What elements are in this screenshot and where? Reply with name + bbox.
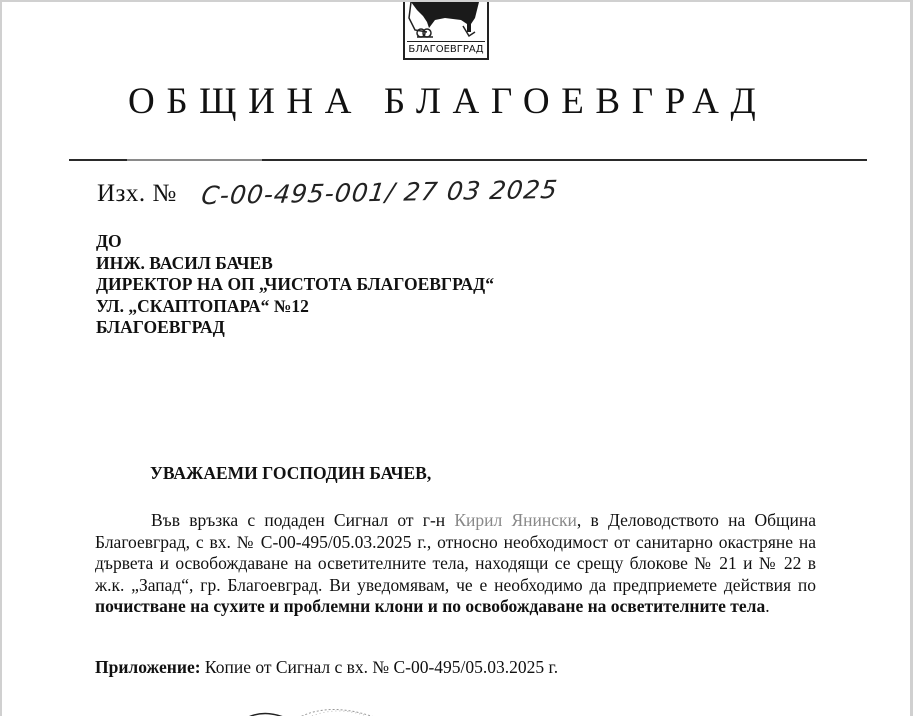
recipient-line: БЛАГОЕВГРАД bbox=[96, 317, 494, 339]
outgoing-number-label: Изх. № bbox=[97, 180, 177, 208]
recipient-line: ИНЖ. ВАСИЛ БАЧЕВ bbox=[96, 253, 494, 275]
body-text-end: . bbox=[765, 596, 769, 616]
attachment-label: Приложение: bbox=[95, 657, 201, 677]
coat-of-arms-icon: БЛАГОЕВГРАД bbox=[403, 2, 489, 60]
header-divider-faded-segment bbox=[127, 159, 262, 161]
body-text-bold: почистване на сухите и проблемни клони и… bbox=[95, 596, 765, 616]
recipient-line: ДИРЕКТОР НА ОП „ЧИСТОТА БЛАГОЕВГРАД“ bbox=[96, 274, 494, 296]
body-text-part: Във връзка с подаден Сигнал от г-н bbox=[151, 510, 454, 530]
letter-body: Във връзка с подаден Сигнал от г-н Кирил… bbox=[95, 510, 816, 618]
recipient-line: УЛ. „СКАПТОПАРА“ №12 bbox=[96, 296, 494, 318]
attachment-line: Приложение: Копие от Сигнал с вх. № С-00… bbox=[95, 657, 558, 678]
handwritten-reference-number: С-00-495-001/ 27 03 2025 bbox=[200, 175, 560, 210]
salutation: УВАЖАЕМИ ГОСПОДИН БАЧЕВ, bbox=[150, 463, 431, 484]
horse-emblem bbox=[405, 2, 487, 42]
recipient-line: ДО bbox=[96, 231, 494, 253]
stamp-seal-icon bbox=[232, 702, 402, 716]
recipient-address-block: ДО ИНЖ. ВАСИЛ БАЧЕВ ДИРЕКТОР НА ОП „ЧИСТ… bbox=[96, 231, 494, 339]
logo-caption: БЛАГОЕВГРАД bbox=[407, 41, 485, 55]
attachment-text: Копие от Сигнал с вх. № С-00-495/05.03.2… bbox=[201, 657, 559, 677]
page-title: ОБЩИНА БЛАГОЕВГРАД bbox=[128, 80, 767, 123]
body-text-faint-name: Кирил Янински bbox=[454, 510, 577, 530]
document-page: БЛАГОЕВГРАД ОБЩИНА БЛАГОЕВГРАД Изх. № С-… bbox=[0, 0, 913, 716]
